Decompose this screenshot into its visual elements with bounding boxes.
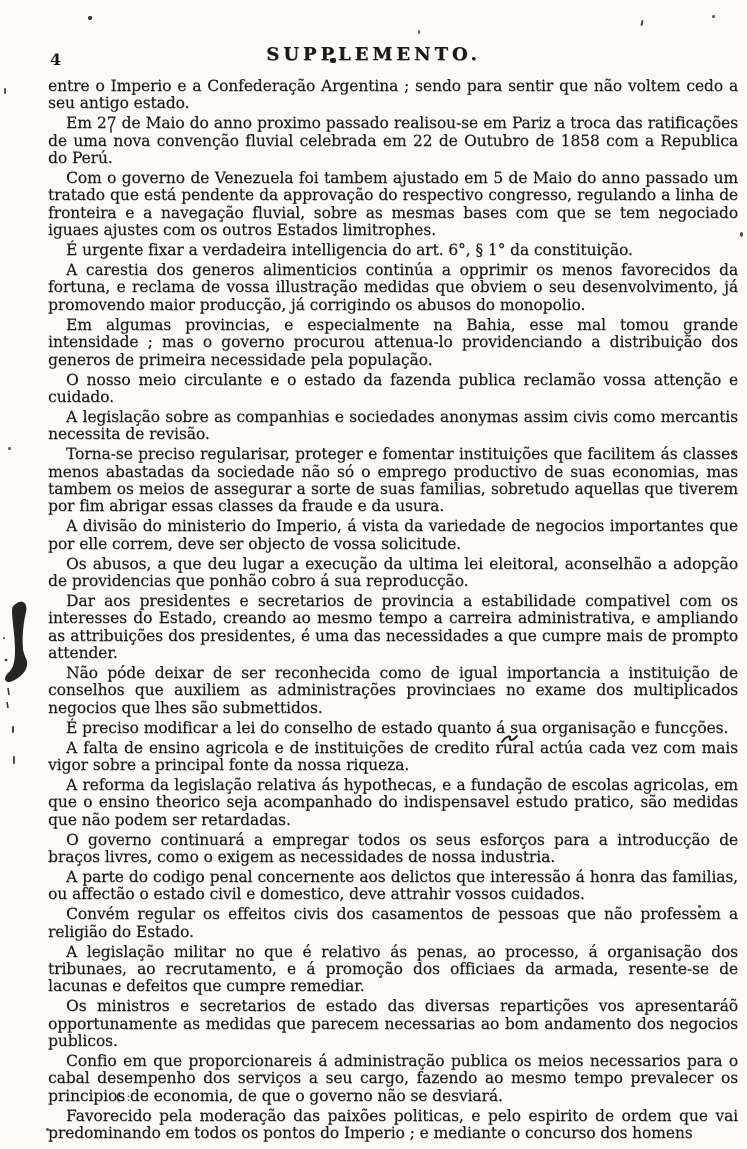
paper-speck [110, 128, 112, 133]
paragraph: É preciso modificar a lei do conselho de… [48, 720, 738, 737]
paragraph: A carestia dos generos alimenticios cont… [48, 262, 738, 314]
paper-speck [418, 30, 420, 34]
paragraph: A divisão do ministerio do Imperio, á vi… [48, 518, 738, 553]
paragraph: Não póde deixar de ser reconhecida como … [48, 665, 738, 717]
paragraph: Dar aos presidentes e secretarios de pro… [48, 593, 738, 663]
paragraph: O nosso meio circulante e o estado da fa… [48, 372, 738, 407]
paragraph: Favorecido pela moderação das paixões po… [48, 1108, 738, 1143]
document-text: entre o Imperio e a Confederação Argenti… [48, 78, 738, 1145]
paragraph: A legislação militar no que é relativo á… [48, 944, 738, 996]
paper-speck [46, 1128, 49, 1131]
paragraph: O governo continuará a empregar todos os… [48, 832, 738, 867]
paper-speck [8, 447, 11, 450]
paragraph: Em 27 de Maio do anno proximo passado re… [48, 115, 738, 167]
paper-speck [698, 905, 701, 908]
bottom-smudge: (.: [116, 1090, 132, 1104]
page-title: SUPPLEMENTO. [0, 44, 747, 65]
page-number: 4 [50, 50, 62, 69]
paragraph: É urgente fixar a verdadeira intelligenc… [48, 242, 738, 259]
paper-speck [733, 450, 735, 455]
ink-squiggle [500, 733, 520, 745]
paragraph: Em algumas provincias, e especialmente n… [48, 317, 738, 369]
paragraph: A falta de ensino agricola e de institui… [48, 740, 738, 775]
paragraph: Torna-se preciso regularisar, proteger e… [48, 446, 738, 516]
paragraph: Os abusos, a que deu lugar a execução da… [48, 556, 738, 591]
paragraph: A legislação sobre as companhias e socie… [48, 409, 738, 444]
paragraph: Com o governo de Venezuela foi tambem aj… [48, 170, 738, 240]
document-page: 4 SUPPLEMENTO. entre o Imperio e a Confe… [0, 0, 747, 1149]
paper-speck [712, 15, 715, 18]
page-header: 4 SUPPLEMENTO. [0, 44, 747, 70]
ink-blot [2, 598, 36, 716]
paragraph: Os ministros e secretarios de estado das… [48, 998, 738, 1050]
paragraph: A parte do codigo penal concernente aos … [48, 869, 738, 904]
paragraph: entre o Imperio e a Confederação Argenti… [48, 78, 738, 113]
ink-speck [330, 58, 336, 63]
paragraph: A reforma da legislação relativa ás hypo… [48, 777, 738, 829]
paper-speck [4, 88, 6, 94]
paper-speck [12, 726, 14, 733]
paper-speck [13, 756, 15, 764]
paragraph: Convém regular os effeitos civis dos cas… [48, 906, 738, 941]
paragraph: Confio em que proporcionareis á administ… [48, 1053, 738, 1105]
paper-speck [740, 232, 743, 237]
paper-speck [88, 16, 92, 20]
paper-speck [640, 20, 643, 26]
